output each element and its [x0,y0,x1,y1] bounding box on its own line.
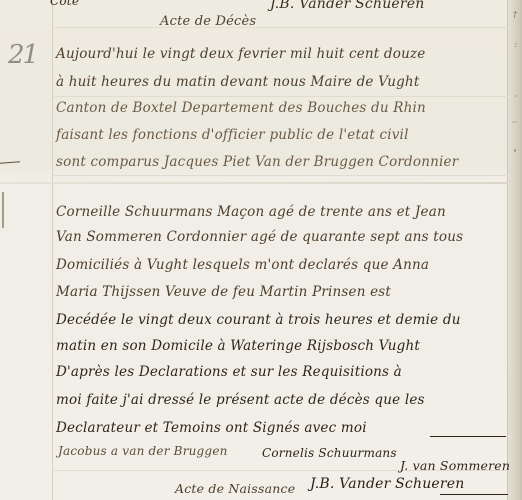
book-binding-edge: † : · ·· ∘ [507,0,522,500]
text-line: Decédée le vingt deux courant à trois he… [56,312,461,328]
ruled-line [52,175,510,176]
ruled-line [52,27,510,28]
signature-mayor: J.B. Vander Schueren [310,476,465,492]
margin-rule [52,0,53,500]
entry-heading: Acte de Décès [160,14,256,29]
entry-number: 21 [8,40,37,70]
signature-flourish [440,494,508,495]
page-fold [0,182,508,184]
text-line: Canton de Boxtel Departement des Bouches… [56,100,426,116]
line-filler-stroke [430,436,506,437]
signature-witness-2: J. van Sommeren [400,458,510,473]
next-entry-heading: Acte de Naissance [175,481,295,496]
ruled-line [52,96,510,97]
text-line: D'après les Declarations et sur les Requ… [56,364,402,380]
signature-witness-1: Cornelis Schuurmans [262,446,397,460]
binding-mark: ·· [512,118,517,127]
previous-entry-signature: J.B. Vander Schueren [270,0,425,12]
text-line: Declarateur et Temoins ont Signés avec m… [56,420,367,436]
text-line: Van Sommeren Cordonnier agé de quarante … [56,229,463,245]
margin-dash [0,161,20,163]
top-fragment: Cote [50,0,79,8]
text-line: sont comparus Jacques Piet Van der Brugg… [56,154,458,170]
text-line: matin en son Domicile à Wateringe Rijsbo… [56,338,420,354]
text-line: à huit heures du matin devant nous Maire… [56,74,419,90]
text-line: Domiciliés à Vught lesquels m'ont declar… [56,257,429,273]
text-line: faisant les fonctions d'officier public … [56,127,409,143]
text-line: moi faite j'ai dressé le présent acte de… [56,392,425,408]
text-line: Maria Thijssen Veuve de feu Martin Prins… [56,284,391,300]
binding-mark: † [513,10,517,19]
signature-declarant: Jacobus a van der Bruggen [58,444,228,458]
text-line: Aujourd'hui le vingt deux fevrier mil hu… [56,46,425,62]
binding-mark: · [514,92,517,101]
text-line: Corneille Schuurmans Maçon agé de trente… [56,204,446,220]
page-edge-mark [2,192,4,228]
binding-mark: : [514,40,517,49]
binding-mark: ∘ [513,146,517,155]
register-page: † : · ·· ∘ Cote J.B. Vander Schueren 21 … [0,0,522,500]
